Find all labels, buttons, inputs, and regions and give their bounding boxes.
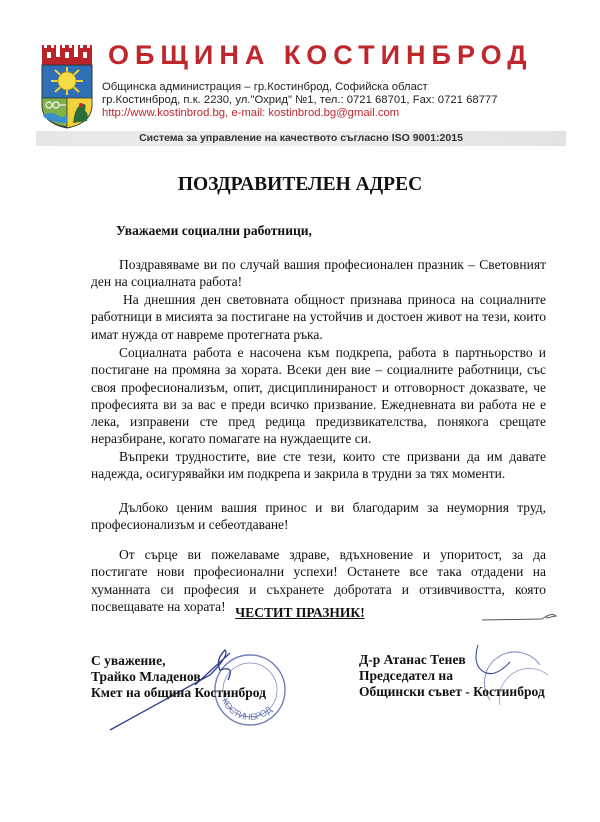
- paragraph: Социалната работа е насочена към подкреп…: [91, 344, 546, 448]
- signatory-name: Д-р Атанас Тенев: [359, 652, 545, 668]
- signatory-position: Председател на: [359, 668, 545, 684]
- paragraph: Поздравяваме ви по случай вашия професио…: [91, 256, 546, 291]
- signatory-position: Общински съвет - Костинброд: [359, 684, 545, 700]
- organization-name: ОБЩИНА КОСТИНБРОД: [108, 40, 532, 71]
- letter-page: ОБЩИНА КОСТИНБРОД Общинска администрация…: [0, 0, 600, 822]
- paragraph: Дълбоко ценим вашия принос и ви благодар…: [91, 499, 546, 534]
- iso-banner: Система за управление на качеството съгл…: [36, 131, 566, 146]
- address-line-2: гр.Костинброд, п.к. 2230, ул."Охрид" №1,…: [102, 94, 498, 106]
- pen-stroke-icon: [480, 608, 560, 622]
- document-title: ПОЗДРАВИТЕЛЕН АДРЕС: [0, 174, 600, 196]
- municipal-coat-of-arms-icon: [39, 43, 96, 129]
- signatory-position: Кмет на община Костинброд: [91, 685, 266, 701]
- greeting: Уважаеми социални работници,: [116, 223, 312, 239]
- iso-text: Система за управление на качеството съгл…: [36, 132, 566, 144]
- signatory-name: Трайко Младенов: [91, 669, 266, 685]
- paragraph: Въпреки трудностите, вие сте тези, които…: [91, 448, 546, 483]
- signature-block-council-chair: Д-р Атанас Тенев Председател на Общински…: [359, 652, 545, 700]
- paragraph: На днешния ден световната общност призна…: [91, 291, 546, 343]
- signature-block-mayor: С уважение, Трайко Младенов Кмет на общи…: [91, 653, 266, 701]
- salutation: С уважение,: [91, 653, 266, 669]
- contact-line[interactable]: http://www.kostinbrod.bg, e-mail: kostin…: [102, 107, 399, 119]
- address-line-1: Общинска администрация – гр.Костинброд, …: [102, 81, 428, 93]
